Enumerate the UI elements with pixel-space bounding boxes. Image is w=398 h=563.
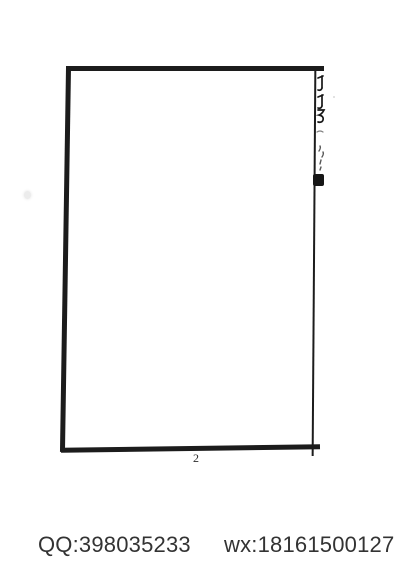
spine-fragment-squiggle-stroke [318,110,324,122]
spine-fragment-dash-dots [320,160,321,170]
scanned-book-page: 2 QQ:398035233 wx:18161500127 [0,0,398,563]
scan-area: 2 [0,0,398,563]
spine-fragment-ink-blob [313,174,324,186]
page-number: 2 [186,452,206,465]
watermark-footer: QQ:398035233 wx:18161500127 [0,534,398,563]
spine-fragment-hooked-stroke-2 [318,95,323,108]
frame-border-top [66,66,324,71]
spine-fragment-comma-pair [319,146,323,157]
spine-text-fragments [308,74,332,194]
qq-contact-text: QQ:398035233 [38,534,191,556]
paper-speck [333,96,335,98]
wx-contact-text: wx:18161500127 [224,534,394,556]
frame-border-left [60,66,71,452]
paper-smudge [24,191,31,199]
spine-fragment-tilde-tick [317,131,323,132]
spine-fragment-hooked-stroke-1 [318,76,323,90]
